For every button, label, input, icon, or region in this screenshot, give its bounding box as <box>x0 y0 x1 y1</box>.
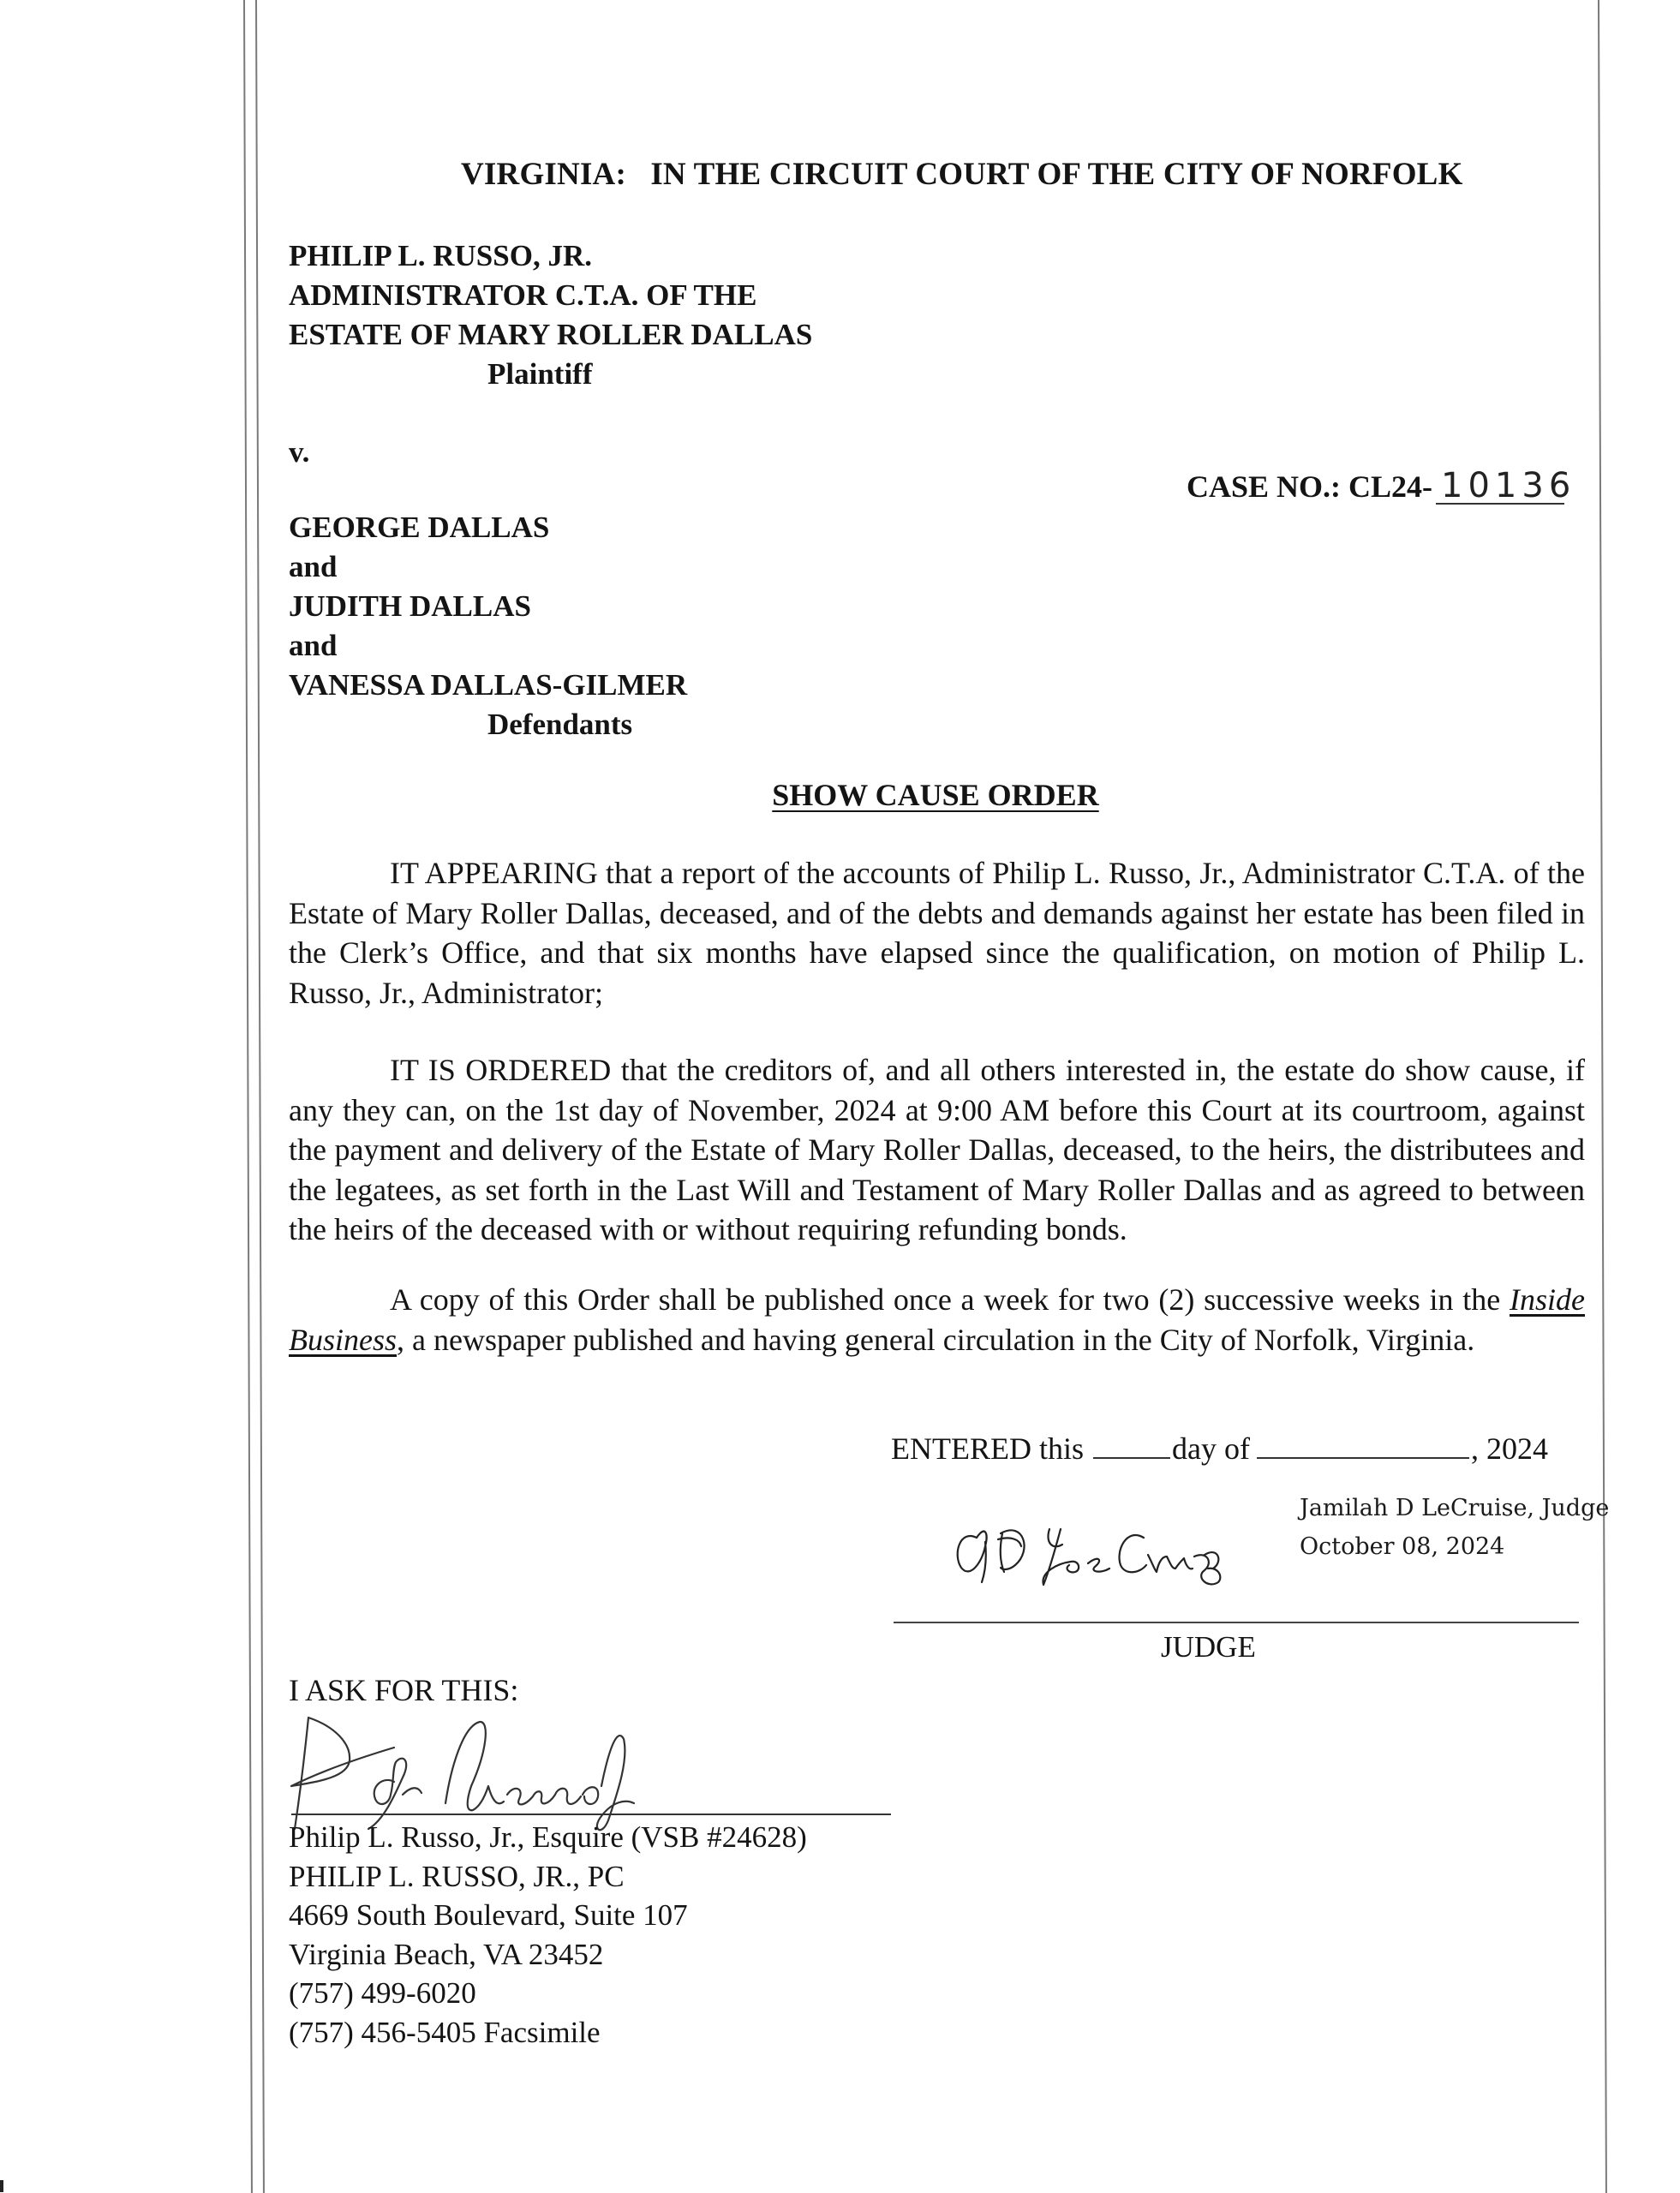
judge-stamp-date: October 08, 2024 <box>1300 1533 1504 1560</box>
right-margin-rule <box>1598 0 1607 2193</box>
plaintiff-caption: PHILIP L. RUSSO, JR. ADMINISTRATOR C.T.A… <box>289 236 812 394</box>
paragraph-text: A copy of this Order shall be published … <box>289 1280 1585 1359</box>
paragraph-text: IT IS ORDERED that the creditors of, and… <box>289 1050 1585 1250</box>
law-firm-name: PHILIP L. RUSSO, JR., PC <box>289 1857 807 1897</box>
attorney-signature-line <box>291 1814 891 1815</box>
defendant-conjunction: and <box>289 547 687 587</box>
entered-year: , 2024 <box>1471 1431 1548 1466</box>
defendant-line: JUDITH DALLAS <box>289 587 687 626</box>
plaintiff-line: ADMINISTRATOR C.T.A. OF THE <box>289 276 812 315</box>
left-margin-rule-inner <box>255 0 265 2193</box>
order-title: SHOW CAUSE ORDER <box>0 777 1680 813</box>
day-blank <box>1093 1431 1170 1459</box>
month-blank <box>1257 1431 1469 1459</box>
defendant-line: GEORGE DALLAS <box>289 508 687 547</box>
plaintiff-line: PHILIP L. RUSSO, JR. <box>289 236 812 276</box>
versus-label: v. <box>289 433 309 472</box>
defendants-role: Defendants <box>289 705 687 744</box>
publication-text-after: , a newspaper published and having gener… <box>397 1323 1474 1357</box>
paragraph-publication: A copy of this Order shall be published … <box>289 1280 1585 1359</box>
publication-text-before: A copy of this Order shall be published … <box>390 1282 1510 1317</box>
city-state-zip: Virginia Beach, VA 23452 <box>289 1935 807 1975</box>
plaintiff-role: Plaintiff <box>289 355 812 394</box>
paragraph-it-appearing: IT APPEARING that a report of the accoun… <box>289 853 1585 1013</box>
entered-prefix: ENTERED this <box>891 1431 1091 1466</box>
judge-signature-line <box>894 1622 1579 1623</box>
phone-number: (757) 499-6020 <box>289 1974 807 2013</box>
plaintiff-line: ESTATE OF MARY ROLLER DALLAS <box>289 315 812 355</box>
case-number-label: CASE NO.: CL24- <box>1187 469 1432 504</box>
court-heading: VIRGINIA: IN THE CIRCUIT COURT OF THE CI… <box>461 156 1463 193</box>
entered-date-line: ENTERED this day of, 2024 <box>891 1431 1548 1467</box>
defendant-conjunction: and <box>289 626 687 666</box>
judge-label: JUDGE <box>1161 1630 1256 1664</box>
paragraph-text: IT APPEARING that a report of the accoun… <box>289 853 1585 1013</box>
scan-artifact <box>0 2180 3 2192</box>
defendants-caption: GEORGE DALLAS and JUDITH DALLAS and VANE… <box>289 508 687 744</box>
case-number: CASE NO.: CL24-10136 <box>1187 469 1564 505</box>
entered-day-of: day of <box>1172 1431 1250 1466</box>
fax-number: (757) 456-5405 Facsimile <box>289 2013 807 2053</box>
paragraph-it-is-ordered: IT IS ORDERED that the creditors of, and… <box>289 1050 1585 1250</box>
street-address: 4669 South Boulevard, Suite 107 <box>289 1896 807 1935</box>
attorney-contact-block: Philip L. Russo, Jr., Esquire (VSB #2462… <box>289 1818 807 2052</box>
case-number-handwritten: 10136 <box>1436 469 1564 505</box>
judge-signature-icon <box>951 1503 1276 1598</box>
left-margin-rule-outer <box>243 0 253 2193</box>
judge-stamp-name: Jamilah D LeCruise, Judge <box>1300 1495 1609 1521</box>
attorney-name: Philip L. Russo, Jr., Esquire (VSB #2462… <box>289 1818 807 1857</box>
defendant-line: VANESSA DALLAS-GILMER <box>289 666 687 705</box>
